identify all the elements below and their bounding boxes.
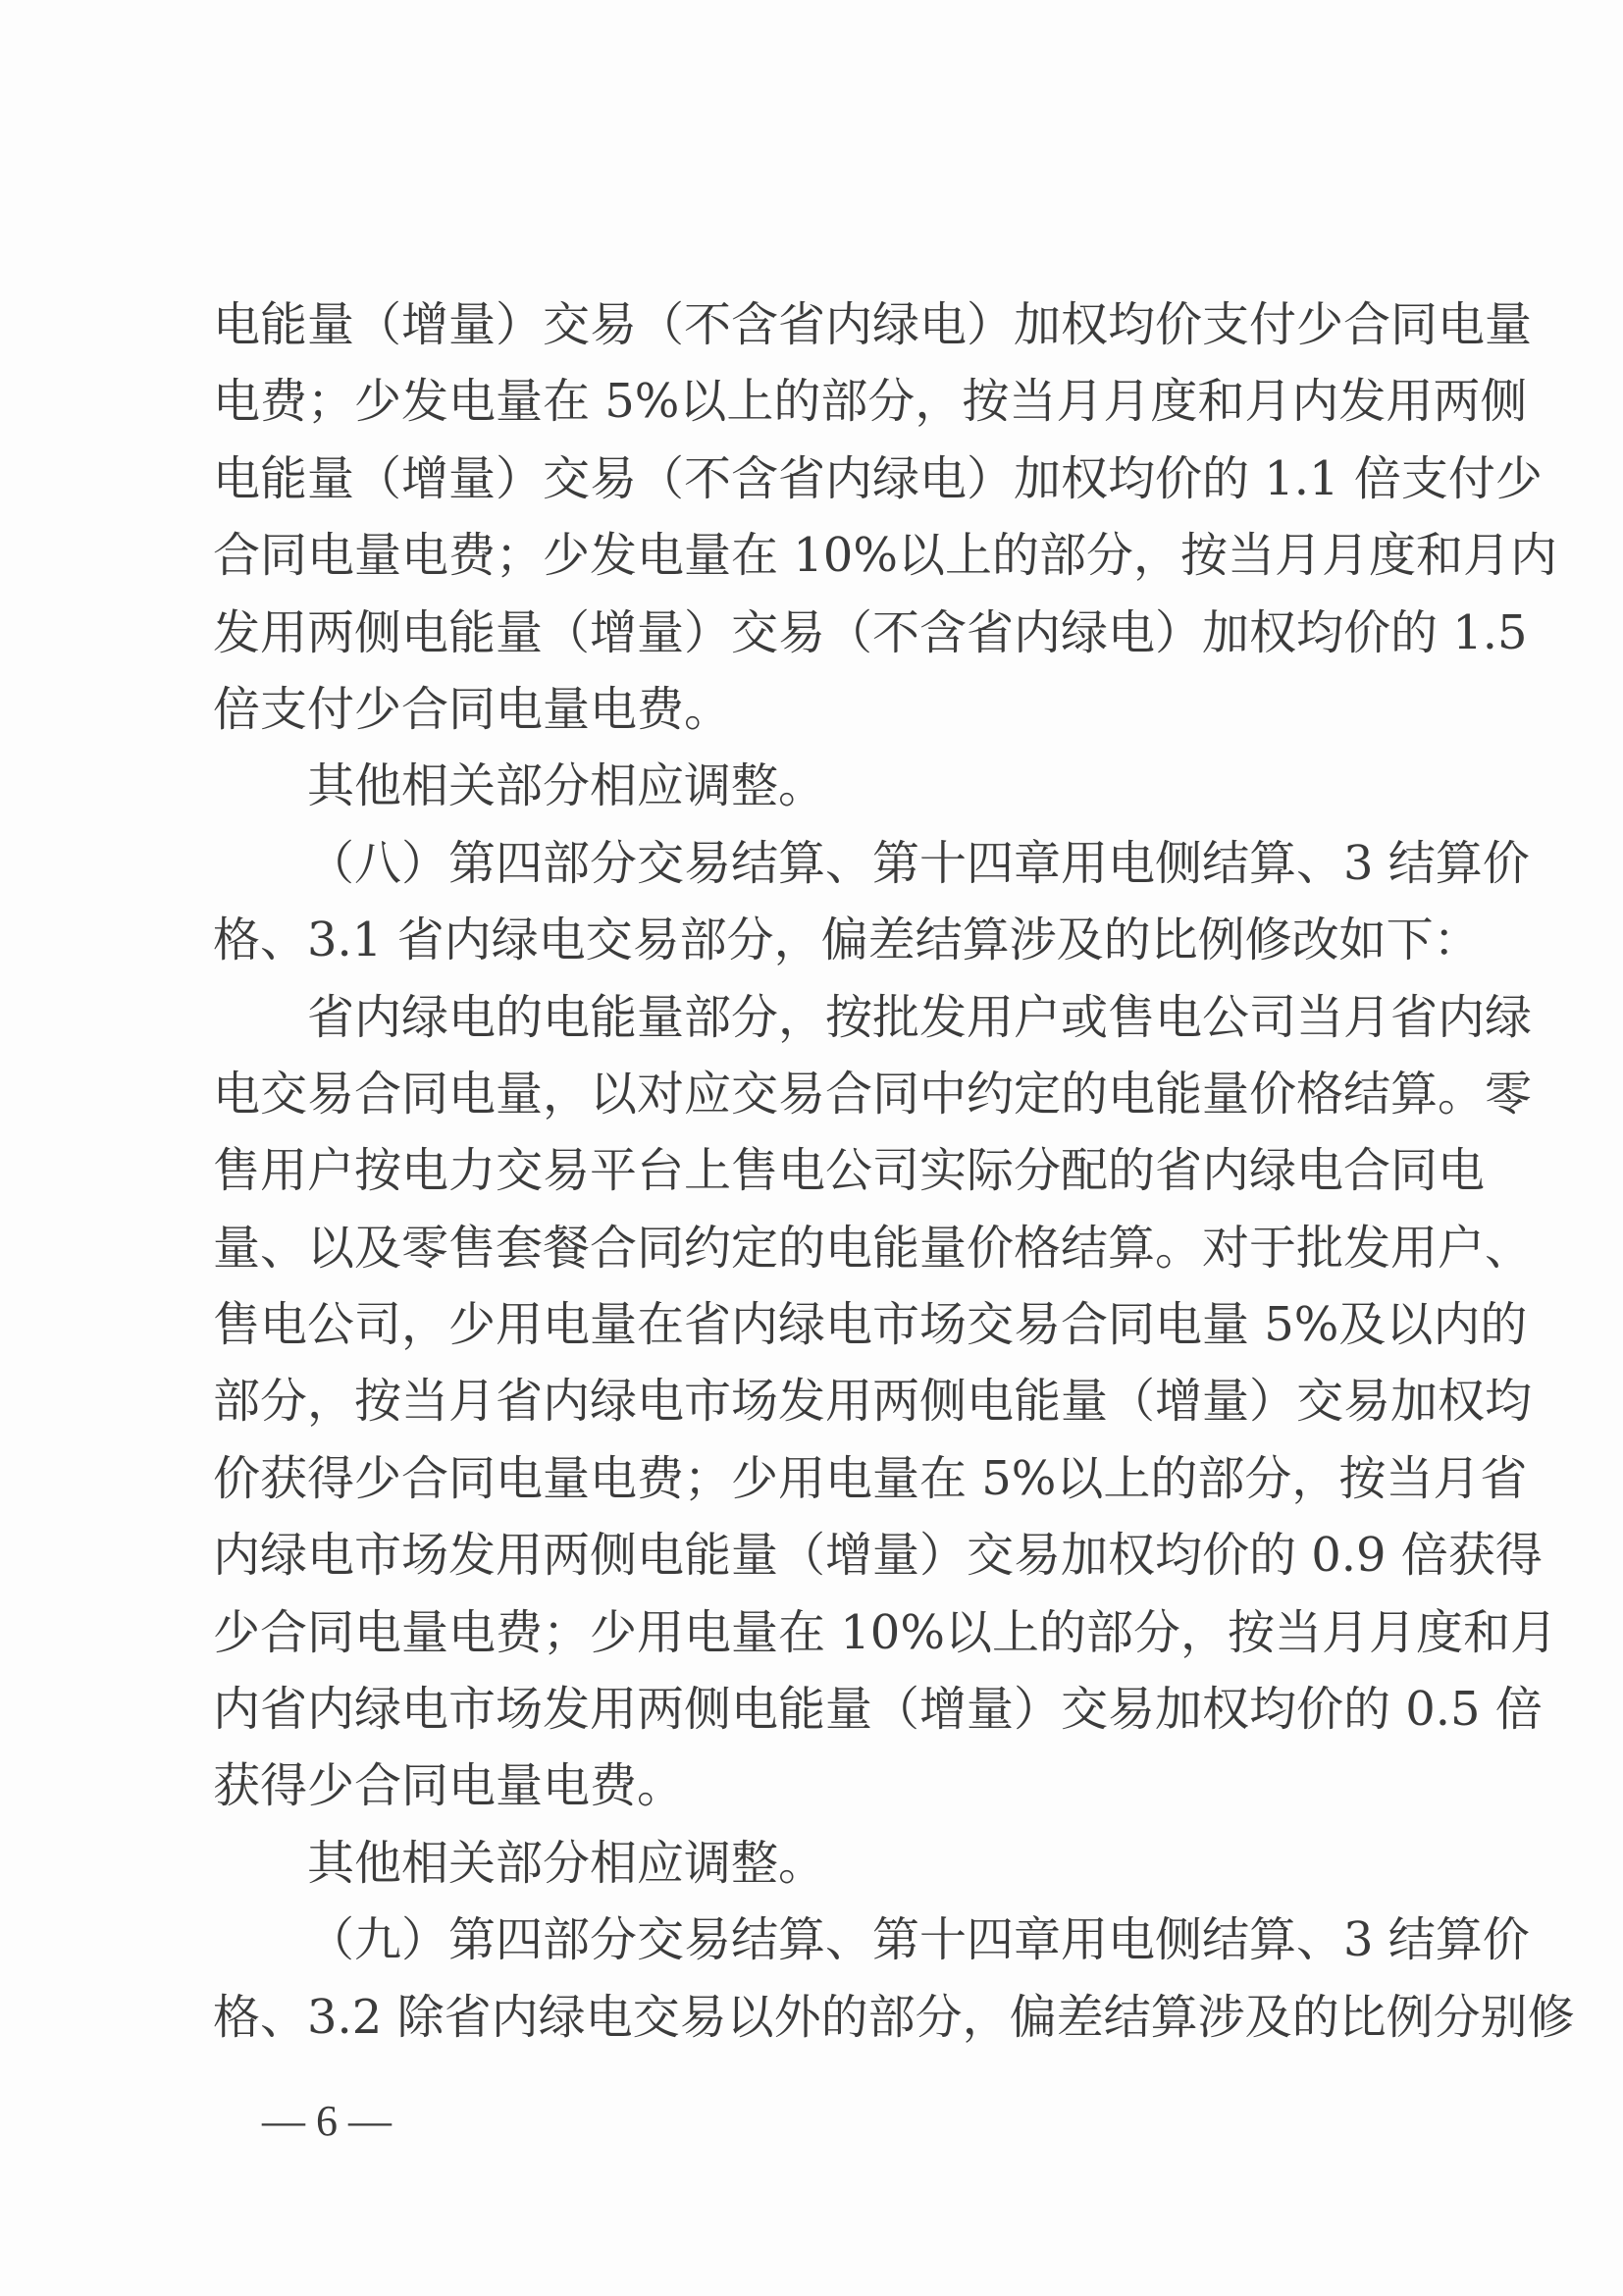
text-line: 格、3.2 除省内绿电交易以外的部分，偏差结算涉及的比例分别修 xyxy=(213,1979,1422,2056)
text-line: 电能量（增量）交易（不含省内绿电）加权均价的 1.1 倍支付少 xyxy=(213,441,1422,517)
text-line: 其他相关部分相应调整。 xyxy=(213,1825,1422,1902)
text-line: 合同电量电费；少发电量在 10%以上的部分，按当月月度和月内 xyxy=(213,517,1422,594)
text-line: 倍支付少合同电量电费。 xyxy=(213,671,1422,748)
text-line: 部分，按当月省内绿电市场发用两侧电能量（增量）交易加权均 xyxy=(213,1363,1422,1439)
text-line: 电能量（增量）交易（不含省内绿电）加权均价支付少合同电量 xyxy=(213,287,1422,363)
text-line: （八）第四部分交易结算、第十四章用电侧结算、3 结算价 xyxy=(213,825,1422,902)
text-line: 电交易合同电量，以对应交易合同中约定的电能量价格结算。零 xyxy=(213,1056,1422,1132)
text-line: 其他相关部分相应调整。 xyxy=(213,748,1422,824)
text-line: 售用户按电力交易平台上售电公司实际分配的省内绿电合同电 xyxy=(213,1132,1422,1209)
text-line: 价获得少合同电量电费；少用电量在 5%以上的部分，按当月省 xyxy=(213,1440,1422,1517)
text-line: 内绿电市场发用两侧电能量（增量）交易加权均价的 0.9 倍获得 xyxy=(213,1517,1422,1593)
text-line: 获得少合同电量电费。 xyxy=(213,1748,1422,1824)
text-line: 量、以及零售套餐合同约定的电能量价格结算。对于批发用户、 xyxy=(213,1210,1422,1286)
document-page: 电能量（增量）交易（不含省内绿电）加权均价支付少合同电量电费；少发电量在 5%以… xyxy=(0,0,1623,2296)
text-line: 省内绿电的电能量部分，按批发用户或售电公司当月省内绿 xyxy=(213,979,1422,1056)
text-line: 售电公司，少用电量在省内绿电市场交易合同电量 5%及以内的 xyxy=(213,1286,1422,1363)
text-line: 发用两侧电能量（增量）交易（不含省内绿电）加权均价的 1.5 xyxy=(213,595,1422,671)
text-line: 少合同电量电费；少用电量在 10%以上的部分，按当月月度和月 xyxy=(213,1594,1422,1671)
text-line: （九）第四部分交易结算、第十四章用电侧结算、3 结算价 xyxy=(213,1902,1422,1978)
body-text: 电能量（增量）交易（不含省内绿电）加权均价支付少合同电量电费；少发电量在 5%以… xyxy=(213,287,1422,2056)
text-line: 电费；少发电量在 5%以上的部分，按当月月度和月内发用两侧 xyxy=(213,363,1422,440)
text-line: 格、3.1 省内绿电交易部分，偏差结算涉及的比例修改如下： xyxy=(213,902,1422,978)
page-number: — 6 — xyxy=(253,2096,400,2146)
text-line: 内省内绿电市场发用两侧电能量（增量）交易加权均价的 0.5 倍 xyxy=(213,1671,1422,1748)
